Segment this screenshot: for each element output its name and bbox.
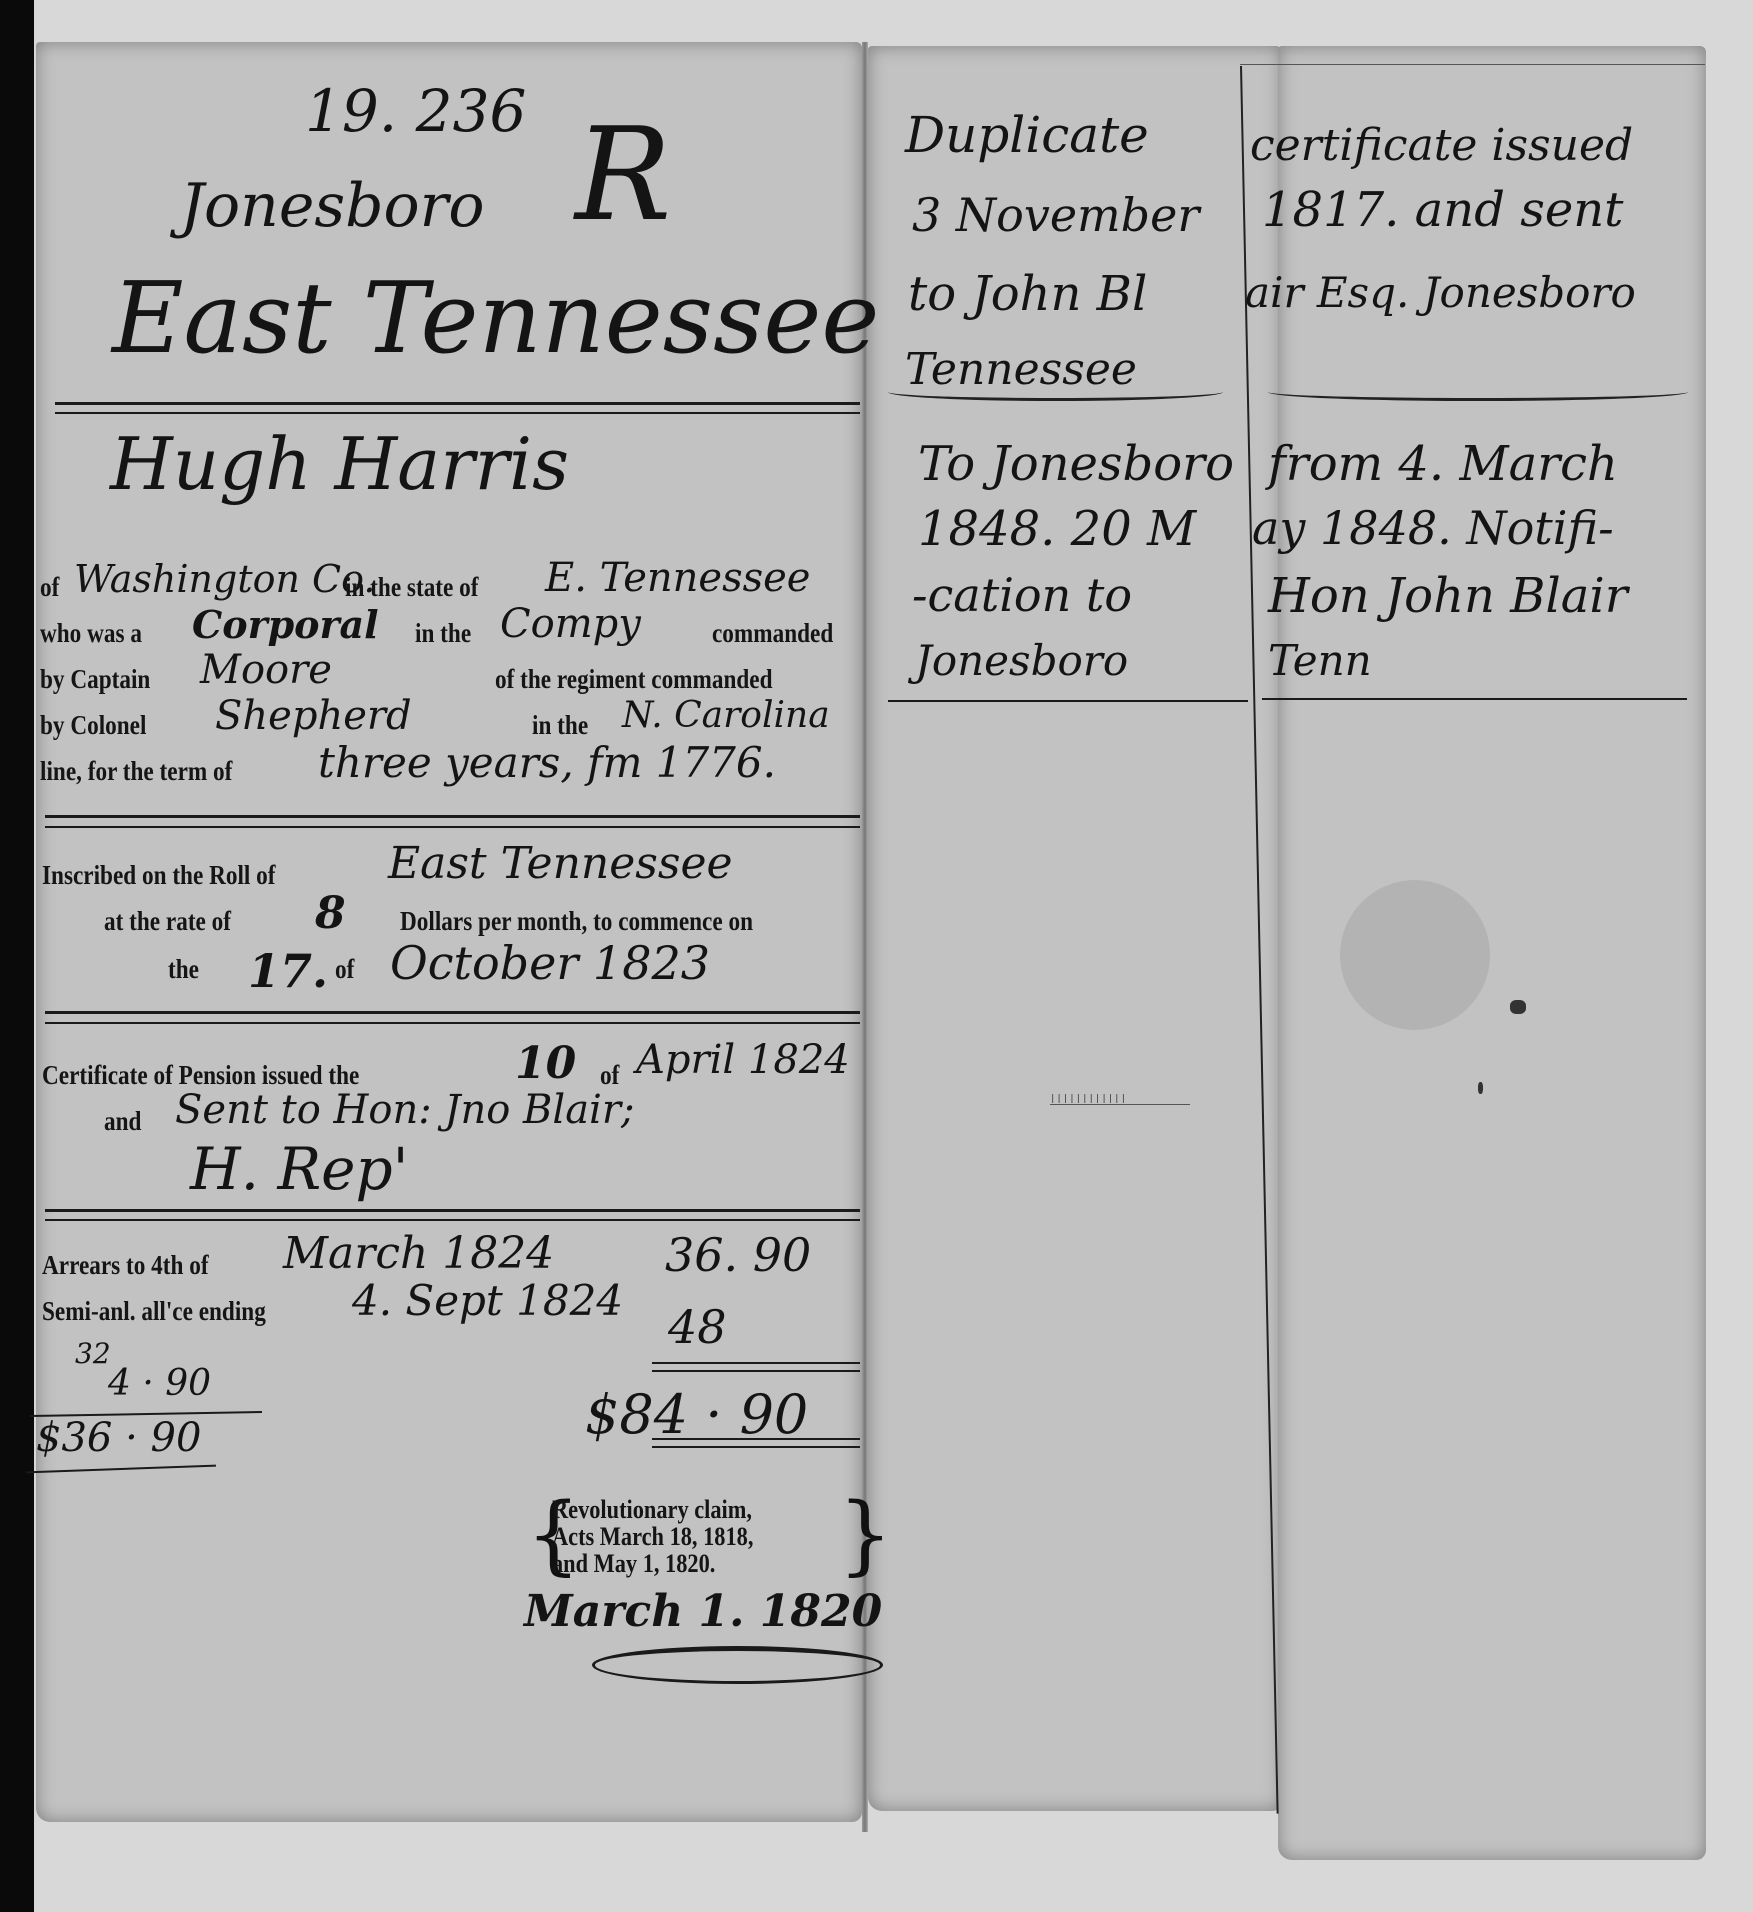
semi-amount: 48 <box>668 1304 727 1350</box>
label: and <box>104 1108 141 1135</box>
total-rule <box>652 1370 860 1372</box>
label: Inscribed on the Roll of <box>42 862 276 889</box>
house-rep-field: H. Rep' <box>190 1140 409 1198</box>
label: by Colonel <box>40 712 146 739</box>
label: Certificate of Pension issued the <box>42 1062 359 1089</box>
note-line: -cation to <box>912 572 1132 618</box>
label: in the <box>532 712 588 739</box>
captain-field: Moore <box>200 650 332 690</box>
divider-rule <box>45 1209 860 1212</box>
rate-field: 8 <box>315 892 346 936</box>
day-field: 17. <box>248 948 328 994</box>
arrears-amount: 36. 90 <box>665 1232 811 1278</box>
divider-rule <box>45 1011 860 1014</box>
label: Semi-anl. all'ce ending <box>42 1298 266 1325</box>
line-field: N. Carolina <box>622 698 830 734</box>
label: Dollars per month, to commence on <box>400 908 753 935</box>
colonel-field: Shepherd <box>215 696 412 736</box>
note-line: Tennessee <box>905 348 1137 392</box>
ink-oval <box>592 1646 883 1684</box>
scanner-edge <box>0 0 34 1912</box>
claim-mark: R <box>575 112 671 240</box>
label: of the regiment commanded <box>495 666 773 693</box>
label: Arrears to 4th of <box>42 1252 209 1279</box>
roll-field: East Tennessee <box>388 842 733 886</box>
divider-rule <box>45 1022 860 1024</box>
act-line-3: and May 1, 1820. <box>552 1551 715 1577</box>
total-rule <box>652 1362 860 1364</box>
divider-rule <box>45 826 860 828</box>
semi-date: 4. Sept 1824 <box>352 1280 623 1322</box>
note-line: ay 1848. Notifi- <box>1252 505 1614 551</box>
side-calc-mid: 4 · 90 <box>108 1366 211 1402</box>
act-handwritten-date: March 1. 1820 <box>524 1590 882 1634</box>
label: commanded <box>712 620 833 647</box>
right-brace-icon: } <box>838 1492 893 1578</box>
section-rule <box>888 700 1248 702</box>
note-line: Hon John Blair <box>1268 572 1628 620</box>
section-rule <box>1262 698 1687 700</box>
label: in the state of <box>345 574 479 601</box>
note-line: 1848. 20 M <box>918 505 1196 553</box>
unit-field: Compy <box>500 604 641 644</box>
cert-month-year-field: April 1824 <box>636 1040 850 1080</box>
note-line: certificate issued <box>1250 124 1633 168</box>
rank-field: Corporal <box>192 606 379 644</box>
month-year-field: October 1823 <box>390 940 710 986</box>
label: the <box>168 956 199 983</box>
label: of <box>600 1062 619 1089</box>
county-field: Washington Co. <box>74 560 375 598</box>
side-calc-total: $36 · 90 <box>36 1418 201 1458</box>
note-line: from 4. March <box>1268 440 1618 488</box>
pensioner-name: Hugh Harris <box>110 428 569 500</box>
note-line: Jonesboro <box>915 640 1128 682</box>
label: of <box>335 956 354 983</box>
top-rule <box>1240 64 1705 65</box>
side-calc-top: 32 <box>75 1340 111 1368</box>
total-amount: $84 · 90 <box>585 1388 808 1442</box>
state-heading: East Tennessee <box>112 270 879 368</box>
note-line: 3 November <box>912 192 1199 238</box>
note-line: to John Bl <box>908 270 1147 318</box>
label: of <box>40 574 59 601</box>
state-field: E. Tennessee <box>545 558 810 598</box>
file-number: 19. 236 <box>305 82 526 140</box>
agency-name: Jonesboro <box>180 176 484 236</box>
total-rule <box>652 1446 860 1448</box>
label: line, for the term of <box>40 758 232 785</box>
note-line: 1817. and sent <box>1262 186 1623 234</box>
label: at the rate of <box>104 908 231 935</box>
divider-rule <box>55 412 860 414</box>
act-line-1: Revolutionary claim, <box>552 1497 752 1523</box>
stain <box>1340 880 1490 1030</box>
label: who was a <box>40 620 142 647</box>
divider-rule <box>55 402 860 405</box>
ink-blot <box>1510 1000 1526 1014</box>
note-line: air Esq. Jonesboro <box>1245 272 1636 314</box>
act-line-2: Acts March 18, 1818, <box>552 1524 753 1550</box>
label: by Captain <box>40 666 150 693</box>
note-line: Tenn <box>1268 640 1372 682</box>
note-line: To Jonesboro <box>918 440 1234 488</box>
term-field: three years, fm 1776. <box>318 742 776 784</box>
sent-to-field: Sent to Hon: Jno Blair; <box>175 1090 634 1130</box>
cert-day-field: 10 <box>515 1042 576 1086</box>
note-line: Duplicate <box>905 110 1149 160</box>
arrears-date: March 1824 <box>283 1232 554 1276</box>
total-rule <box>652 1438 860 1440</box>
label: in the <box>415 620 471 647</box>
perforation-stamp: |||||||||||| <box>1050 1094 1190 1105</box>
divider-rule <box>45 815 860 818</box>
divider-rule <box>45 1219 860 1221</box>
ink-blot <box>1478 1082 1483 1094</box>
